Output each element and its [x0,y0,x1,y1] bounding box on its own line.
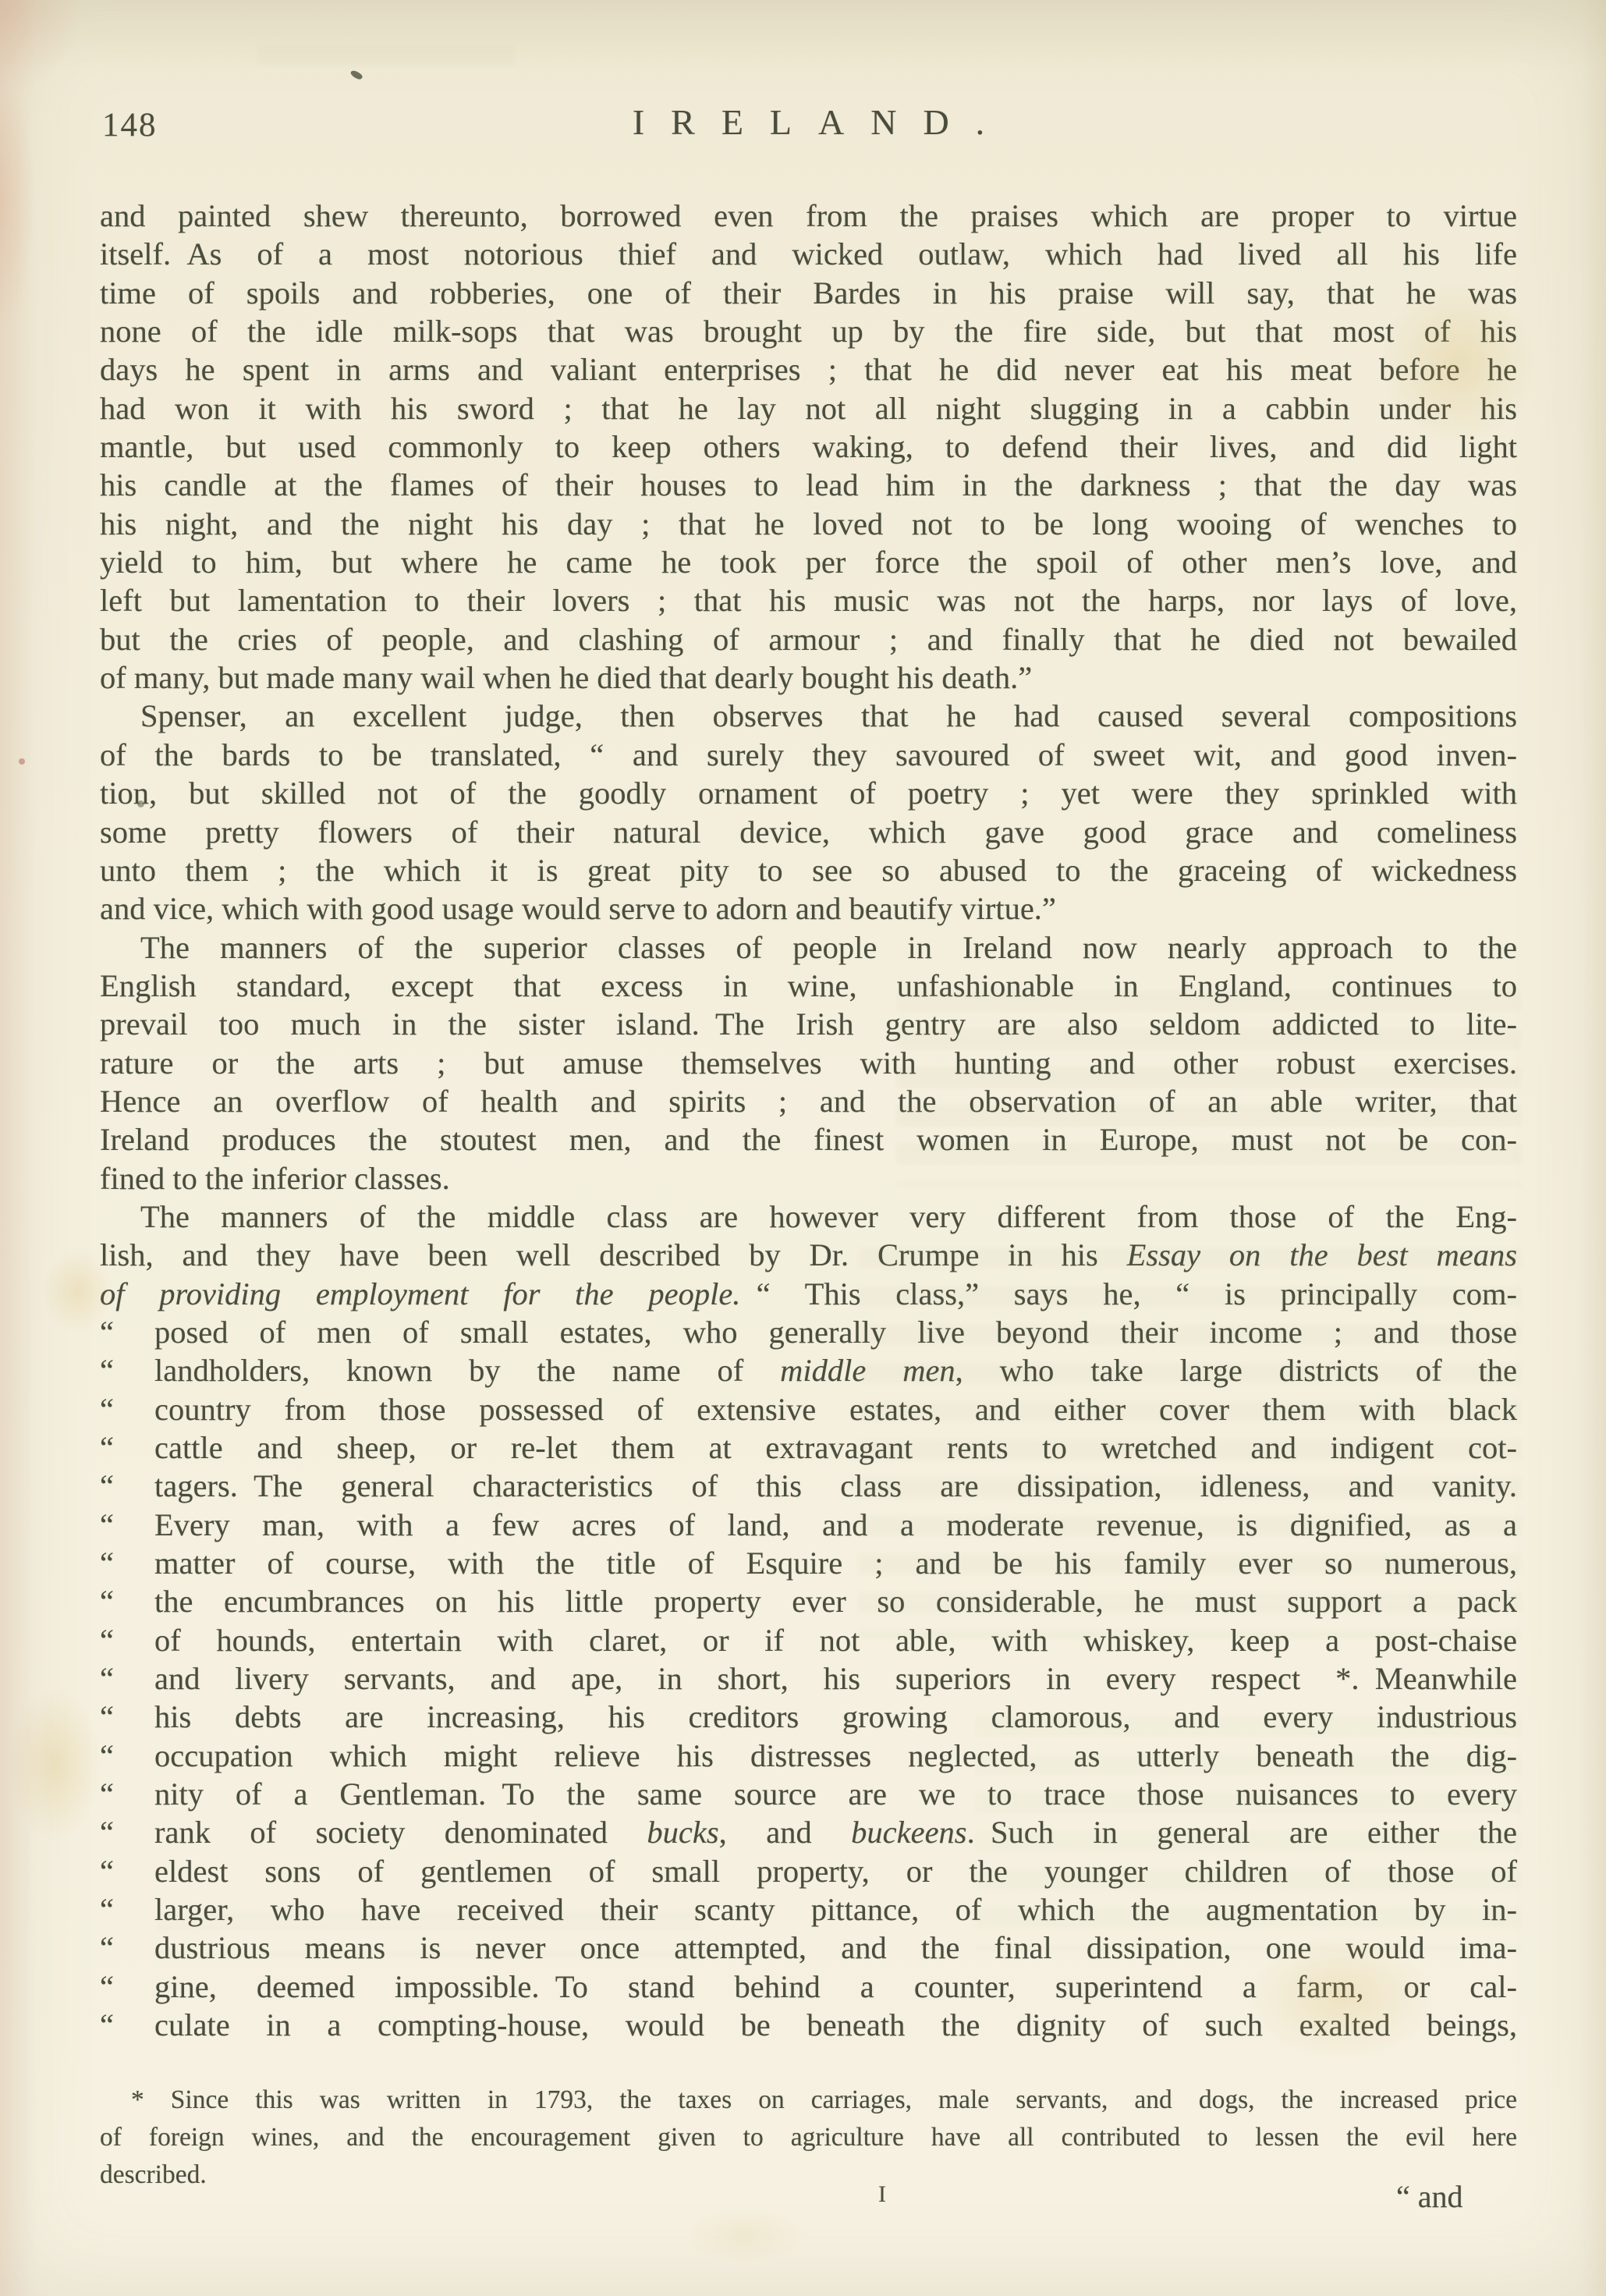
text-line: yield to him, but where he came he took … [100,543,1517,581]
hanging-quote: “ [100,1351,154,1389]
text-run: none of the idle milk-sops that was brou… [100,314,1517,349]
text-line: “rank of society denominated bucks, and … [100,1813,1517,1851]
text-line: mantle, but used commonly to keep others… [100,428,1517,466]
text-run: the encumbrances on his little property … [154,1584,1517,1619]
text-line: The manners of the superior classes of p… [100,928,1517,967]
text-line: prevail too much in the sister island. T… [100,1005,1517,1043]
body-text: and painted shew thereunto, borrowed eve… [100,197,1517,2045]
italic-run: buckeens [851,1815,966,1850]
text-run: fined to the inferior classes. [100,1161,450,1196]
text-line: “tagers. The general characteristics of … [100,1467,1517,1505]
text-run: and painted shew thereunto, borrowed eve… [100,198,1517,233]
text-line: had won it with his sword ; that he lay … [100,389,1517,428]
text-run: left but lamentation to their lovers ; t… [100,583,1517,618]
text-line: English standard, except that excess in … [100,967,1517,1005]
hanging-quote: “ [100,1698,154,1736]
text-line: “nity of a Gentleman. To the same source… [100,1775,1517,1813]
text-run: culate in a compting-house, would be ben… [154,2007,1517,2042]
paragraph: and painted shew thereunto, borrowed eve… [100,197,1517,697]
text-run: * Since this was written in 1793, the ta… [131,2085,1517,2114]
hanging-quote: “ [100,1428,154,1467]
hanging-quote: “ [100,1890,154,1929]
text-line: his candle at the flames of their houses… [100,466,1517,504]
text-run: of many, but made many wail when he died… [100,660,1032,695]
text-run: unto them ; the which it is great pity t… [100,853,1517,888]
text-line: “his debts are increasing, his creditors… [100,1698,1517,1736]
text-run: and vice, which with good usage would se… [100,891,1056,926]
text-line: and painted shew thereunto, borrowed eve… [100,197,1517,235]
italic-run: Essay on the best means [1127,1237,1517,1272]
hanging-quote: “ [100,2006,154,2044]
text-line: lish, and they have been well described … [100,1236,1517,1274]
text-line: left but lamentation to their lovers ; t… [100,581,1517,619]
catchword: “ and [1396,2178,1463,2215]
text-line: “dustrious means is never once attempted… [100,1929,1517,1967]
text-run: mantle, but used commonly to keep others… [100,429,1517,464]
hanging-quote: “ [100,1737,154,1775]
text-line: “occupation which might relieve his dist… [100,1737,1517,1775]
book-page: 148 IRELAND. and painted shew thereunto,… [0,0,1606,2296]
text-run: occupation which might relieve his distr… [154,1738,1517,1773]
text-run: days he spent in arms and valiant enterp… [100,352,1517,387]
text-line: “landholders, known by the name of middl… [100,1351,1517,1389]
text-line: of providing employment for the people. … [100,1275,1517,1313]
text-line: Hence an overflow of health and spirits … [100,1082,1517,1120]
text-line: none of the idle milk-sops that was brou… [100,312,1517,350]
text-run: described. [100,2160,207,2189]
text-run: dustrious means is never once attempted,… [154,1930,1517,1965]
hanging-quote: “ [100,1659,154,1698]
text-line: days he spent in arms and valiant enterp… [100,350,1517,389]
text-line: tion, but skilled not of the goodly orna… [100,774,1517,812]
text-line: “of hounds, entertain with claret, or if… [100,1621,1517,1659]
hanging-quote: “ [100,1929,154,1967]
text-run: The manners of the middle class are howe… [140,1199,1517,1234]
text-run: nity of a Gentleman. To the same source … [154,1776,1517,1812]
text-line: “the encumbrances on his little property… [100,1582,1517,1620]
text-line: “matter of course, with the title of Esq… [100,1544,1517,1582]
text-run: Hence an overflow of health and spirits … [100,1084,1517,1119]
text-run: of the bards to be translated, “ and sur… [100,737,1517,772]
text-run: country from those possessed of extensiv… [154,1392,1517,1427]
italic-run: middle men [780,1353,955,1388]
text-line: described. [100,2156,1517,2194]
text-run: of hounds, entertain with claret, or if … [154,1623,1517,1658]
signature-mark: I [878,2181,886,2208]
text-line: his night, and the night his day ; that … [100,505,1517,543]
text-run: The manners of the superior classes of p… [140,930,1517,965]
text-run: “ This class,” says he, “ is principally… [740,1276,1517,1311]
text-run: landholders, known by the name of [154,1353,780,1388]
text-run: Ireland produces the stoutest men, and t… [100,1122,1517,1157]
paragraph: The manners of the middle class are howe… [100,1198,1517,2045]
text-run: had won it with his sword ; that he lay … [100,391,1517,426]
ink-speck [19,758,25,765]
hanging-quote: “ [100,1506,154,1544]
text-run: rank of society denominated [154,1815,647,1850]
text-run: some pretty flowers of their natural dev… [100,814,1517,850]
paragraph: The manners of the superior classes of p… [100,928,1517,1198]
text-line: “eldest sons of gentlemen of small prope… [100,1852,1517,1890]
text-line: of many, but made many wail when he died… [100,658,1517,697]
paragraph: Spenser, an excellent judge, then observ… [100,697,1517,928]
text-line: “larger, who have received their scanty … [100,1890,1517,1929]
text-line: “gine, deemed impossible. To stand behin… [100,1968,1517,2006]
text-line: “culate in a compting-house, would be be… [100,2006,1517,2044]
text-line: but the cries of people, and clashing of… [100,620,1517,658]
text-run: . Such in general are either the [967,1815,1517,1850]
text-line: The manners of the middle class are howe… [100,1198,1517,1236]
text-run: and livery servants, and ape, in short, … [154,1661,1517,1696]
text-run: lish, and they have been well described … [100,1237,1127,1272]
text-run: his candle at the flames of their houses… [100,467,1517,502]
text-run: itself. As of a most notorious thief and… [100,236,1517,271]
text-run: yield to him, but where he came he took … [100,545,1517,580]
text-line: “and livery servants, and ape, in short,… [100,1659,1517,1698]
text-line: “Every man, with a few acres of land, an… [100,1506,1517,1544]
text-run: his debts are increasing, his creditors … [154,1699,1517,1734]
text-run: time of spoils and robberies, one of the… [100,275,1517,311]
text-run: , and [719,1815,852,1850]
hanging-quote: “ [100,1968,154,2006]
text-line: * Since this was written in 1793, the ta… [100,2081,1517,2119]
text-run: larger, who have received their scanty p… [154,1892,1517,1927]
text-line: Spenser, an excellent judge, then observ… [100,697,1517,735]
hanging-quote: “ [100,1544,154,1582]
text-run: his night, and the night his day ; that … [100,506,1517,541]
text-run: posed of men of small estates, who gener… [154,1315,1517,1350]
foxing-stain [686,2208,803,2262]
text-line: some pretty flowers of their natural dev… [100,813,1517,851]
text-line: itself. As of a most notorious thief and… [100,235,1517,273]
italic-run: of providing employment for the people. [100,1276,740,1311]
text-run: eldest sons of gentlemen of small proper… [154,1854,1517,1889]
text-line: unto them ; the which it is great pity t… [100,851,1517,889]
ink-speck [349,69,363,80]
text-line: time of spoils and robberies, one of the… [100,274,1517,312]
hanging-quote: “ [100,1582,154,1620]
text-line: “cattle and sheep, or re-let them at ext… [100,1428,1517,1467]
italic-run: bucks [647,1815,718,1850]
text-line: Ireland produces the stoutest men, and t… [100,1120,1517,1159]
text-line: of foreign wines, and the encouragement … [100,2119,1517,2156]
text-line: fined to the inferior classes. [100,1159,1517,1198]
text-run: English standard, except that excess in … [100,968,1517,1003]
text-run: gine, deemed impossible. To stand behind… [154,1969,1517,2004]
ink-speck [137,800,144,807]
hanging-quote: “ [100,1852,154,1890]
text-run: Every man, with a few acres of land, and… [154,1507,1517,1542]
hanging-quote: “ [100,1621,154,1659]
text-run: prevail too much in the sister island. T… [100,1006,1517,1042]
bleed-through-ghost [257,45,515,78]
hanging-quote: “ [100,1313,154,1351]
text-run: of foreign wines, and the encouragement … [100,2123,1517,2152]
running-title: IRELAND. [100,101,1517,143]
text-line: of the bards to be translated, “ and sur… [100,736,1517,774]
text-run: tagers. The general characteristics of t… [154,1468,1517,1503]
text-run: cattle and sheep, or re-let them at extr… [154,1430,1517,1465]
text-run: rature or the arts ; but amuse themselve… [100,1045,1517,1081]
hanging-quote: “ [100,1775,154,1813]
text-run: but the cries of people, and clashing of… [100,622,1517,657]
text-line: rature or the arts ; but amuse themselve… [100,1044,1517,1082]
text-run: tion, but skilled not of the goodly orna… [100,775,1517,811]
text-run: Spenser, an excellent judge, then observ… [140,698,1517,733]
hanging-quote: “ [100,1467,154,1505]
text-run: matter of course, with the title of Esqu… [154,1545,1517,1581]
hanging-quote: “ [100,1813,154,1851]
hanging-quote: “ [100,1390,154,1428]
text-line: “country from those possessed of extensi… [100,1390,1517,1428]
text-line: “posed of men of small estates, who gene… [100,1313,1517,1351]
foxing-stain [8,1685,101,1841]
text-run: , who take large districts of the [955,1353,1517,1388]
footnote: * Since this was written in 1793, the ta… [100,2081,1517,2194]
text-line: and vice, which with good usage would se… [100,889,1517,928]
